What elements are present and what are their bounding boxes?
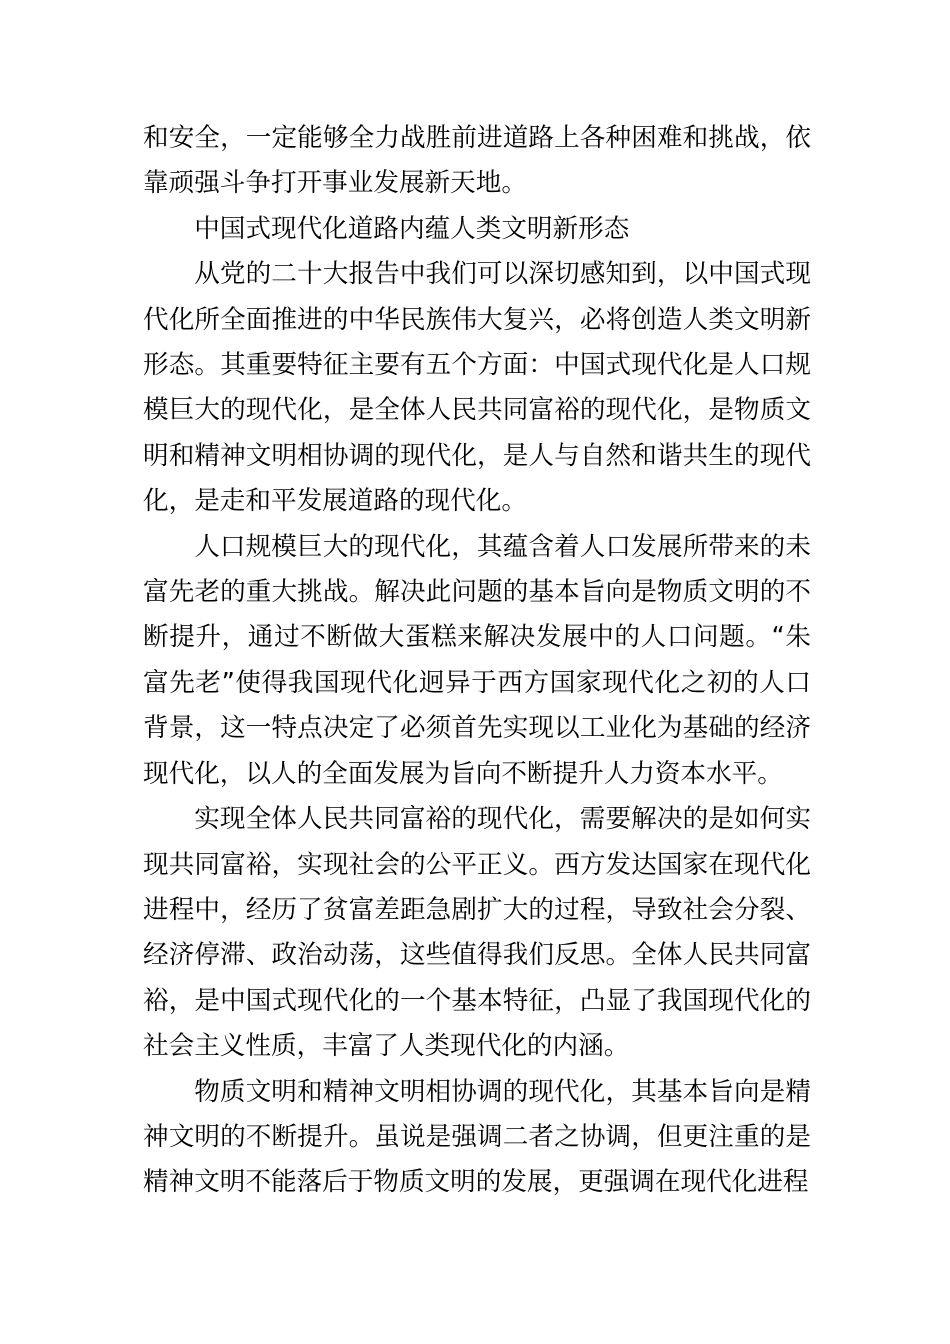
- paragraph-5: 实现全体人民共同富裕的现代化，需要解决的是如何实现共同富裕，实现社会的公平正义。…: [143, 797, 811, 1069]
- paragraph-3: 从党的二十大报告中我们可以深切感知到，以中国式现代化所全面推进的中华民族伟大复兴…: [143, 252, 811, 524]
- paragraph-2: 中国式现代化道路内蕴人类文明新形态: [143, 207, 811, 252]
- document-page: 和安全，一定能够全力战胜前进道路上各种困难和挑战，依靠顽强斗争打开事业发展新天地…: [0, 0, 950, 1344]
- paragraph-4: 人口规模巨大的现代化，其蕴含着人口发展所带来的未富先老的重大挑战。解决此问题的基…: [143, 525, 811, 797]
- paragraph-6: 物质文明和精神文明相协调的现代化，其基本旨向是精神文明的不断提升。虽说是强调二者…: [143, 1070, 811, 1206]
- document-body: 和安全，一定能够全力战胜前进道路上各种困难和挑战，依靠顽强斗争打开事业发展新天地…: [143, 116, 811, 1206]
- paragraph-1: 和安全，一定能够全力战胜前进道路上各种困难和挑战，依靠顽强斗争打开事业发展新天地…: [143, 116, 811, 207]
